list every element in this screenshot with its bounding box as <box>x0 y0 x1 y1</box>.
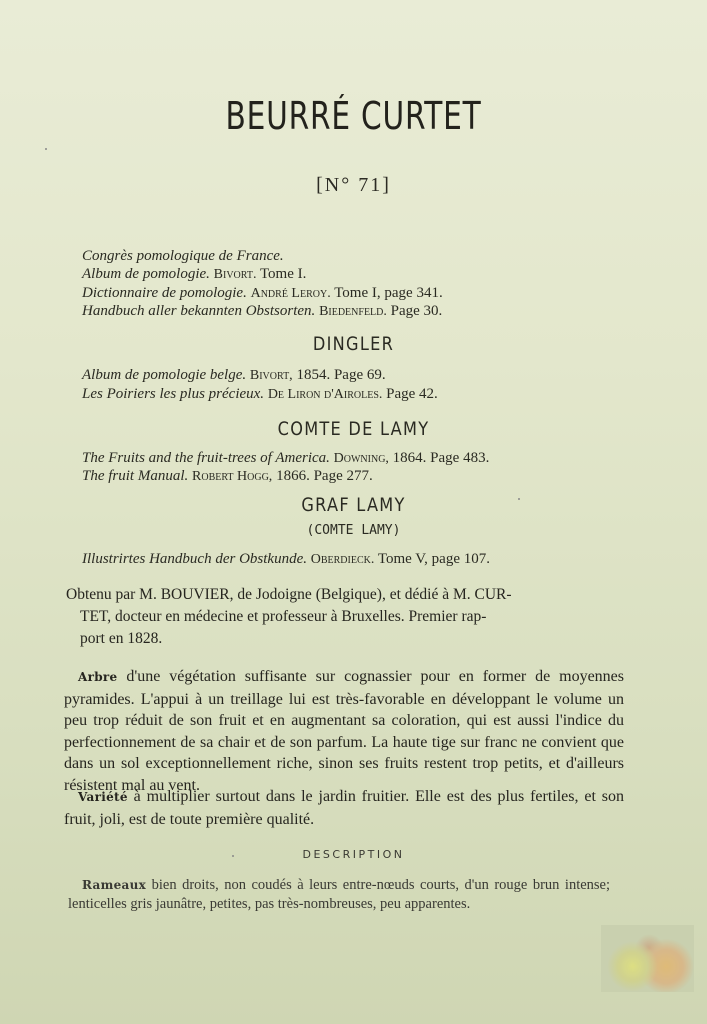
reference-details: 1864. Page 483. <box>393 450 490 466</box>
reference-author: Biedenfeld. <box>319 304 387 319</box>
paper-speck <box>518 498 520 500</box>
reference-details: 1854. Page 69. <box>296 367 385 383</box>
rameaux-text: bien droits, non coudés à leurs entre-nœ… <box>68 877 610 912</box>
reference-line: Handbuch aller bekannten Obstsorten. Bie… <box>82 302 442 321</box>
variety-number: [N° 71] <box>0 174 707 197</box>
reference-details: Page 42. <box>386 386 438 402</box>
origin-paragraph: Obtenu par M. BOUVIER, de Jodoigne (Belg… <box>66 584 632 650</box>
reference-line: Illustrirtes Handbuch der Obstkunde. Obe… <box>82 550 490 569</box>
reference-details: Tome I. <box>260 266 306 282</box>
reference-details: Tome V, page 107. <box>378 551 490 567</box>
reference-line: Congrès pomologique de France. <box>82 247 284 265</box>
reference-work: Album de pomologie belge. <box>82 367 246 383</box>
reference-line: Dictionnaire de pomologie. André Leroy. … <box>82 284 443 303</box>
rameaux-lead: Rameaux <box>82 878 146 892</box>
reference-work: The fruit Manual. <box>82 468 188 484</box>
reference-work: Congrès pomologique de France. <box>82 248 284 264</box>
variete-text: à multiplier surtout dans le jardin frui… <box>64 788 624 828</box>
reference-work: Illustrirtes Handbuch der Obstkunde. <box>82 551 307 567</box>
reference-work: Dictionnaire de pomologie. <box>82 285 247 301</box>
reference-line: Album de pomologie belge. Bivort, 1854. … <box>82 366 386 385</box>
reference-details: Tome I, page 341. <box>334 285 443 301</box>
synonym-heading: GRAF LAMY <box>53 494 654 516</box>
arbre-text: d'une végétation suffisante sur cognassi… <box>64 668 624 794</box>
reference-work: Album de pomologie. <box>82 266 210 282</box>
reference-line: Album de pomologie. Bivort. Tome I. <box>82 265 306 284</box>
synonym-subtitle: (COMTE LAMY) <box>0 523 707 538</box>
reference-work: The Fruits and the fruit-trees of Americ… <box>82 450 330 466</box>
reference-line: Les Poiriers les plus précieux. De Liron… <box>82 385 438 404</box>
arbre-paragraph: Arbre d'une végétation suffisante sur co… <box>64 666 624 796</box>
paper-speck <box>45 148 47 150</box>
variete-paragraph: Variété à multiplier surtout dans le jar… <box>64 786 624 830</box>
book-page: BEURRÉ CURTET [N° 71] Congrès pomologiqu… <box>0 0 707 1024</box>
reference-details: Page 30. <box>391 303 443 319</box>
reference-author: Bivort. <box>214 267 257 282</box>
reference-author: De Liron d'Airoles. <box>268 387 383 402</box>
reference-line: The Fruits and the fruit-trees of Americ… <box>82 449 489 468</box>
reference-details: 1866. Page 277. <box>276 468 373 484</box>
origin-line-3: port en 1828. <box>66 628 632 650</box>
reference-work: Les Poiriers les plus précieux. <box>82 386 264 402</box>
reference-author: Downing, <box>334 451 389 466</box>
rameaux-paragraph: Rameaux bien droits, non coudés à leurs … <box>68 876 610 914</box>
pear-thumbnail-image <box>601 925 694 992</box>
page-title: BEURRÉ CURTET <box>78 94 629 138</box>
reference-line: The fruit Manual. Robert Hogg, 1866. Pag… <box>82 467 373 486</box>
origin-line-1: Obtenu par M. BOUVIER, de Jodoigne (Belg… <box>66 584 632 606</box>
arbre-lead: Arbre <box>78 670 117 684</box>
reference-work: Handbuch aller bekannten Obstsorten. <box>82 303 315 319</box>
reference-author: André Leroy. <box>251 286 331 301</box>
description-heading: DESCRIPTION <box>0 848 707 861</box>
synonym-heading: COMTE DE LAMY <box>53 418 654 440</box>
variete-lead: Variété <box>78 790 128 804</box>
reference-author: Oberdieck. <box>311 552 375 567</box>
paper-speck <box>232 855 234 857</box>
reference-author: Robert Hogg, <box>192 469 272 484</box>
reference-author: Bivort, <box>250 368 293 383</box>
origin-line-2: TET, docteur en médecine et professeur à… <box>66 606 632 628</box>
synonym-heading: DINGLER <box>53 333 654 355</box>
